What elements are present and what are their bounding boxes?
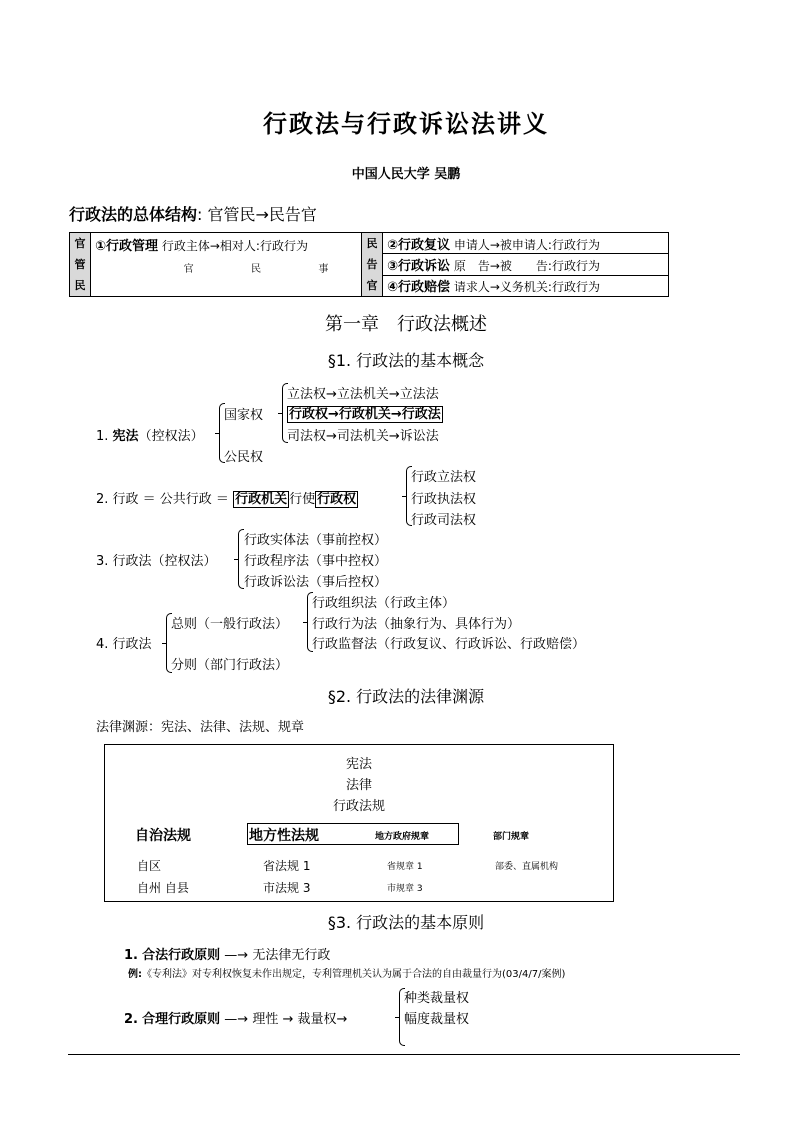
sub-item: 行政行为法（抽象行为、具体行为）: [312, 613, 520, 632]
sub-item: 行政立法权: [411, 466, 476, 485]
sub-item: 行政组织法（行政主体）: [312, 592, 455, 611]
item1-label: 1. 宪法（控权法）: [96, 425, 204, 444]
structure-label: 行政法的总体结构: [69, 205, 197, 224]
row-litigation: ③行政诉讼 原 告→被 告:行政行为: [383, 254, 669, 275]
branch-specific: 分则（部门行政法）: [171, 654, 288, 673]
sub-item: 立法权→立法机关→立法法: [287, 383, 439, 402]
column-head: 地方政府规章: [375, 829, 429, 842]
sub-item: 行政实体法（事前控权）: [244, 529, 387, 548]
chapter-title: 第一章 行政法概述: [0, 310, 794, 336]
principle-2: 2. 合理行政原则 —→ 理性 → 裁量权→: [124, 1008, 347, 1027]
structure-value: : 官管民→民告官: [197, 205, 317, 224]
section-3-title: §3. 行政法的基本原则: [0, 910, 794, 933]
cell: 市规章 3: [387, 881, 423, 894]
column-head: 部门规章: [493, 829, 529, 842]
item2-line: 2. 行政 ＝ 公共行政 ＝ 行政机关行使行政权: [96, 488, 358, 507]
sub-item-highlight: 行政权→行政机关→行政法: [287, 406, 443, 423]
sub-item: 行政执法权: [411, 488, 476, 507]
sub-item: 行政程序法（事中控权）: [244, 550, 387, 569]
example-line: 例:《专利法》对专利权恢复未作出规定，专利管理机关认为属于合法的自由裁量行为(0…: [128, 965, 565, 980]
source-top: 法律: [105, 774, 613, 793]
structure-line: 行政法的总体结构: 官管民→民告官: [69, 202, 317, 225]
sub-item: 行政监督法（行政复议、行政诉讼、行政赔偿）: [312, 633, 585, 652]
sub-item: 幅度裁量权: [404, 1008, 469, 1027]
branch-state-power: 国家权: [224, 404, 263, 423]
item3-label: 3. 行政法（控权法）: [96, 550, 217, 569]
source-top: 宪法: [105, 753, 613, 772]
author: 中国人民大学 吴鹏: [0, 163, 794, 182]
left-side-label: 官管民: [70, 233, 91, 297]
cell: 市法规 3: [263, 879, 310, 896]
cell: 部委、直属机构: [495, 859, 558, 872]
sub-item: 行政司法权: [411, 509, 476, 528]
row-review: ②行政复议 申请人→被申请人:行政行为: [383, 233, 669, 254]
footer-rule: [68, 1054, 740, 1055]
admin-management-cell: ①行政管理 行政主体→相对人:行政行为 官民事: [91, 233, 362, 297]
column-head: 自治法规: [135, 825, 191, 845]
sub-item: 司法权→司法机关→诉讼法: [287, 425, 439, 444]
row-compensation: ④行政赔偿 请求人→义务机关:行政行为: [383, 275, 669, 296]
right-side-label: 民告官: [362, 233, 383, 297]
sources-intro: 法律渊源：宪法、法律、法规、规章: [96, 716, 304, 735]
column-head: 地方性法规: [249, 825, 319, 845]
section-2-title: §2. 行政法的法律渊源: [0, 684, 794, 707]
overview-table: 官管民 ①行政管理 行政主体→相对人:行政行为 官民事 民告官 ②行政复议 申请…: [69, 232, 669, 297]
cell: 省法规 1: [263, 857, 310, 874]
branch-citizen-power: 公民权: [224, 446, 263, 465]
branch-general: 总则（一般行政法）: [171, 613, 288, 632]
principle-1: 1. 合法行政原则 —→ 无法律无行政: [124, 944, 330, 963]
document-title: 行政法与行政诉讼法讲义: [0, 104, 794, 139]
section-1-title: §1. 行政法的基本概念: [0, 348, 794, 371]
sub-item: 行政诉讼法（事后控权）: [244, 571, 387, 590]
sources-box: 宪法 法律 行政法规 自治法规 地方性法规 地方政府规章 部门规章 自区 自州 …: [104, 744, 614, 902]
item4-label: 4. 行政法: [96, 633, 152, 652]
cell: 省规章 1: [387, 859, 423, 872]
cell: 自区: [137, 857, 161, 874]
cell: 自州 自县: [137, 879, 189, 896]
left-sub: 官民事: [95, 254, 357, 275]
sub-item: 种类裁量权: [404, 987, 469, 1006]
source-top: 行政法规: [105, 795, 613, 814]
